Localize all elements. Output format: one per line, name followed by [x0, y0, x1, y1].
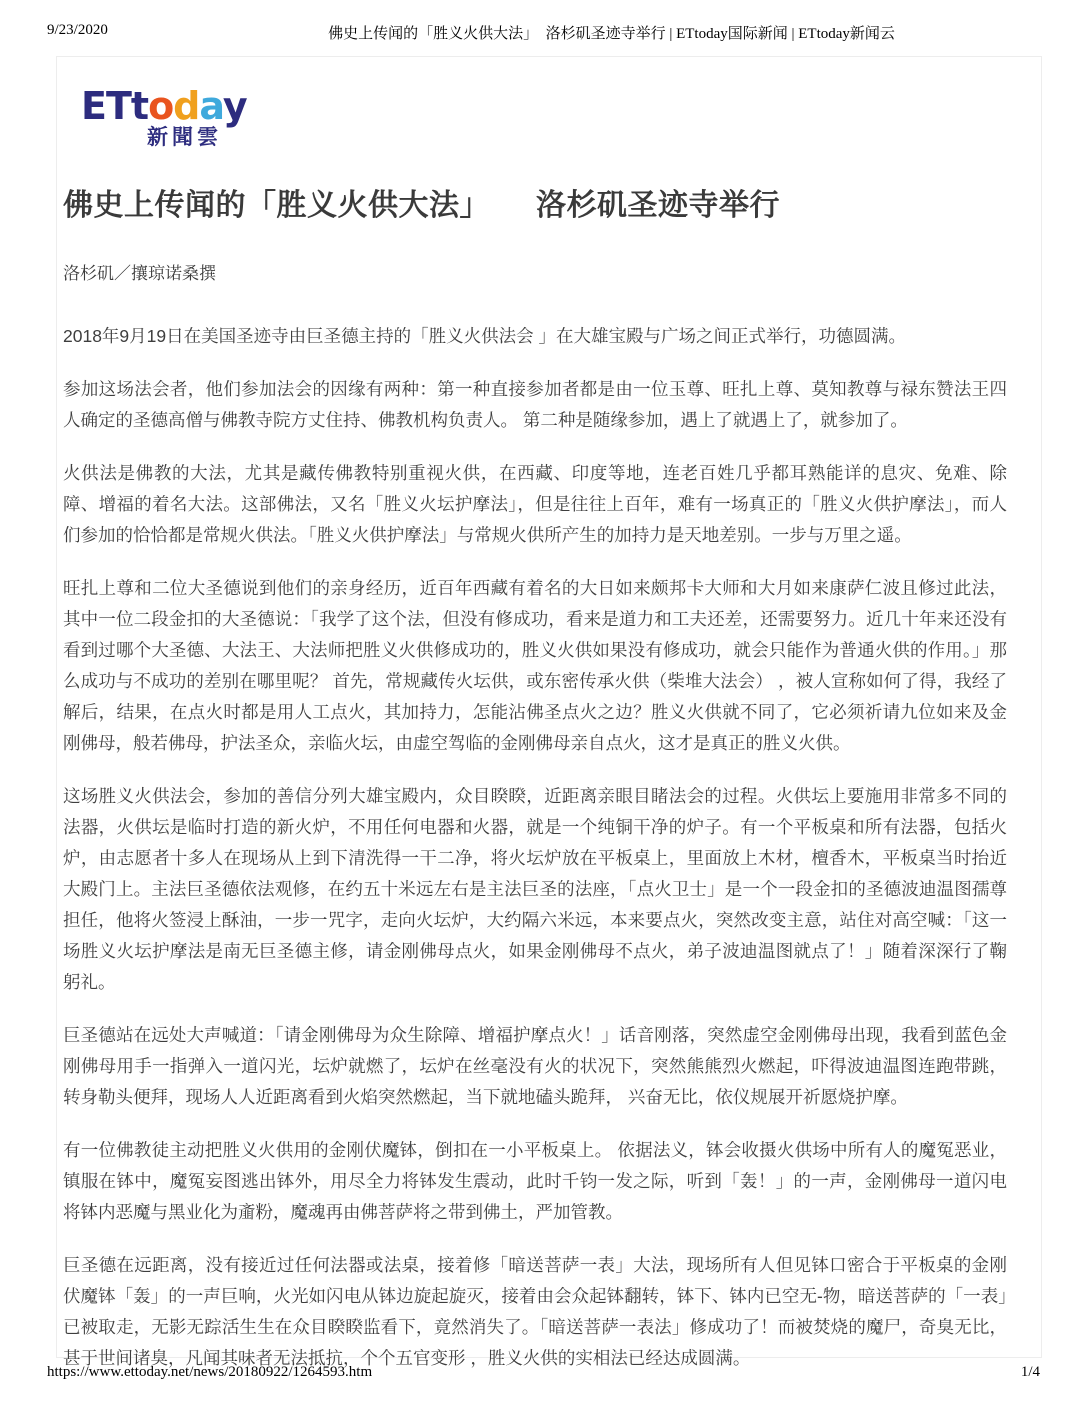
logo-letter: o	[148, 84, 173, 128]
ettoday-logo: ETtoday 新聞雲	[81, 87, 251, 150]
logo-letter: d	[173, 84, 199, 128]
logo-letter: t	[131, 84, 148, 128]
logo-letter: E	[81, 84, 106, 128]
article-title: 佛史上传闻的「胜义火供大法」 洛杉矶圣迹寺举行	[63, 180, 1041, 224]
paragraph: 巨圣德站在远处大声喊道：「请金刚佛母为众生除障、增福护摩点火！」话音刚落，突然虚…	[63, 1020, 1007, 1113]
paragraph: 火供法是佛教的大法，尤其是藏传佛教特别重视火供，在西藏、印度等地，连老百姓几乎都…	[63, 458, 1007, 551]
article-body: 2018年9月19日在美国圣迹寺由巨圣德主持的「胜义火供法会 」在大雄宝殿与广场…	[63, 321, 1007, 1374]
paragraph: 这场胜义火供法会，参加的善信分列大雄宝殿内，众目睽睽，近距离亲眼目睹法会的过程。…	[63, 781, 1007, 998]
print-header: 9/23/2020 佛史上传闻的「胜义火供大法」 洛杉矶圣迹寺举行 | ETto…	[0, 22, 1088, 43]
print-footer: https://www.ettoday.net/news/20180922/12…	[47, 1364, 1040, 1381]
logo-letter: a	[199, 84, 222, 128]
paragraph: 旺扎上尊和二位大圣德说到他们的亲身经历，近百年西藏有着名的大日如来颇邦卡大师和大…	[63, 573, 1007, 759]
article-byline: 洛杉矶／攘琼诺桑撰	[63, 259, 1041, 284]
paragraph: 有一位佛教徒主动把胜义火供用的金刚伏魔钵，倒扣在一小平板桌上。 依据法义，钵会收…	[63, 1135, 1007, 1228]
paragraph: 参加这场法会者，他们参加法会的因缘有两种：第一种直接参加者都是由一位玉尊、旺扎上…	[63, 374, 1007, 436]
page-indicator: 1/4	[1021, 1364, 1040, 1381]
logo-wordmark: ETtoday	[81, 87, 251, 125]
logo-letter: T	[106, 84, 131, 128]
source-url: https://www.ettoday.net/news/20180922/12…	[47, 1364, 372, 1381]
paragraph: 巨圣德在远距离，没有接近过任何法器或法桌，接着修「暗送菩萨一表」大法，现场所有人…	[63, 1250, 1007, 1374]
print-page-title: 佛史上传闻的「胜义火供大法」 洛杉矶圣迹寺举行 | ETtoday国际新闻 | …	[175, 22, 1048, 43]
paragraph: 2018年9月19日在美国圣迹寺由巨圣德主持的「胜义火供法会 」在大雄宝殿与广场…	[63, 321, 1007, 352]
logo-letter: y	[223, 84, 247, 128]
print-date: 9/23/2020	[47, 22, 108, 39]
article-capture-frame: ETtoday 新聞雲 佛史上传闻的「胜义火供大法」 洛杉矶圣迹寺举行 洛杉矶／…	[56, 56, 1042, 1358]
logo-subtitle: 新聞雲	[147, 125, 251, 150]
